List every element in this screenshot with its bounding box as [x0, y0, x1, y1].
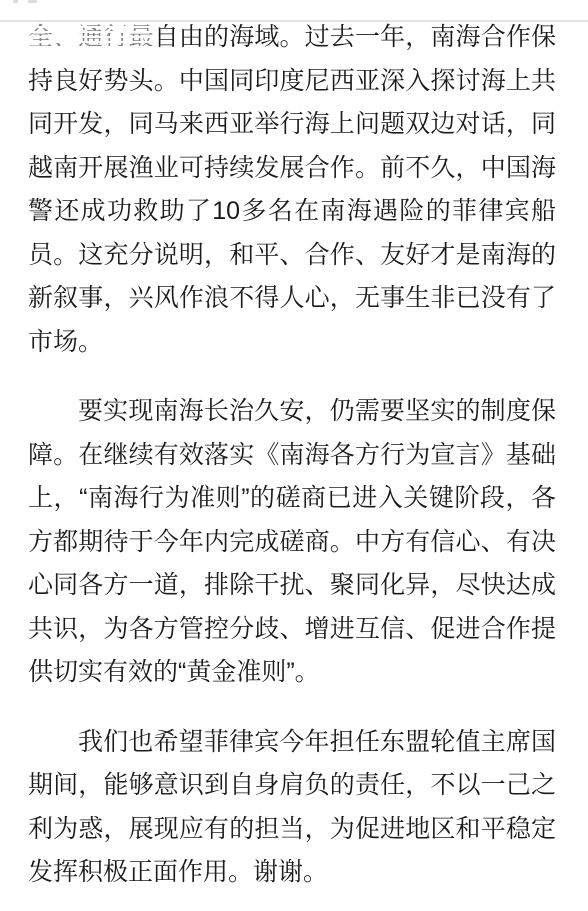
text-line: 发挥积极正面作用。谢谢。: [28, 851, 556, 895]
article-body: 全、通行最自由的海域。过去一年，南海合作保持良好势头。中国同印度尼西亚深入探讨海…: [28, 16, 556, 895]
text-line: 期间，能够意识到自身肩负的责任，不以一己之: [28, 764, 556, 808]
text-line: 利为惑，展现应有的担当，为促进地区和平稳定: [28, 808, 556, 852]
text-line: 员。这充分说明，和平、合作、友好才是南海的: [28, 234, 556, 278]
text-line: 持良好势头。中国同印度尼西亚深入探讨海上共: [28, 60, 556, 104]
text-line: 方都期待于今年内完成磋商。中方有信心、有决: [28, 521, 556, 565]
degraded-text: 全、通行最: [28, 23, 154, 51]
text-line: 共识，为各方管控分歧、增进互信、促进合作提: [28, 608, 556, 652]
top-edge-artifact-icon: [13, 0, 18, 3]
text-line: 障。在继续有效落实《南海各方行为宣言》基础: [28, 434, 556, 478]
top-edge-artifact-icon: [28, 0, 37, 3]
text-line: 要实现南海长治久安，仍需要坚实的制度保: [28, 390, 556, 434]
paragraph: 全、通行最自由的海域。过去一年，南海合作保持良好势头。中国同印度尼西亚深入探讨海…: [28, 16, 556, 364]
text-line: 警还成功救助了10多名在南海遇险的菲律宾船: [28, 190, 556, 234]
text-line: 供切实有效的“黄金准则”。: [28, 651, 556, 695]
text-line: 市场。: [28, 321, 556, 365]
text-line: 上，“南海行为准则”的磋商已进入关键阶段，各: [28, 477, 556, 521]
text-line: 同开发，同马来西亚举行海上问题双边对话，同: [28, 103, 556, 147]
text-line: 越南开展渔业可持续发展合作。前不久，中国海: [28, 147, 556, 191]
paragraph: 我们也希望菲律宾今年担任东盟轮值主席国期间，能够意识到自身肩负的责任，不以一己之…: [28, 721, 556, 895]
text-line: 全、通行最自由的海域。过去一年，南海合作保: [28, 16, 556, 60]
text-line: 新叙事，兴风作浪不得人心，无事生非已没有了: [28, 277, 556, 321]
text-line: 心同各方一道，排除干扰、聚同化异，尽快达成: [28, 564, 556, 608]
paragraph: 要实现南海长治久安，仍需要坚实的制度保障。在继续有效落实《南海各方行为宣言》基础…: [28, 390, 556, 695]
text-line: 我们也希望菲律宾今年担任东盟轮值主席国: [28, 721, 556, 765]
